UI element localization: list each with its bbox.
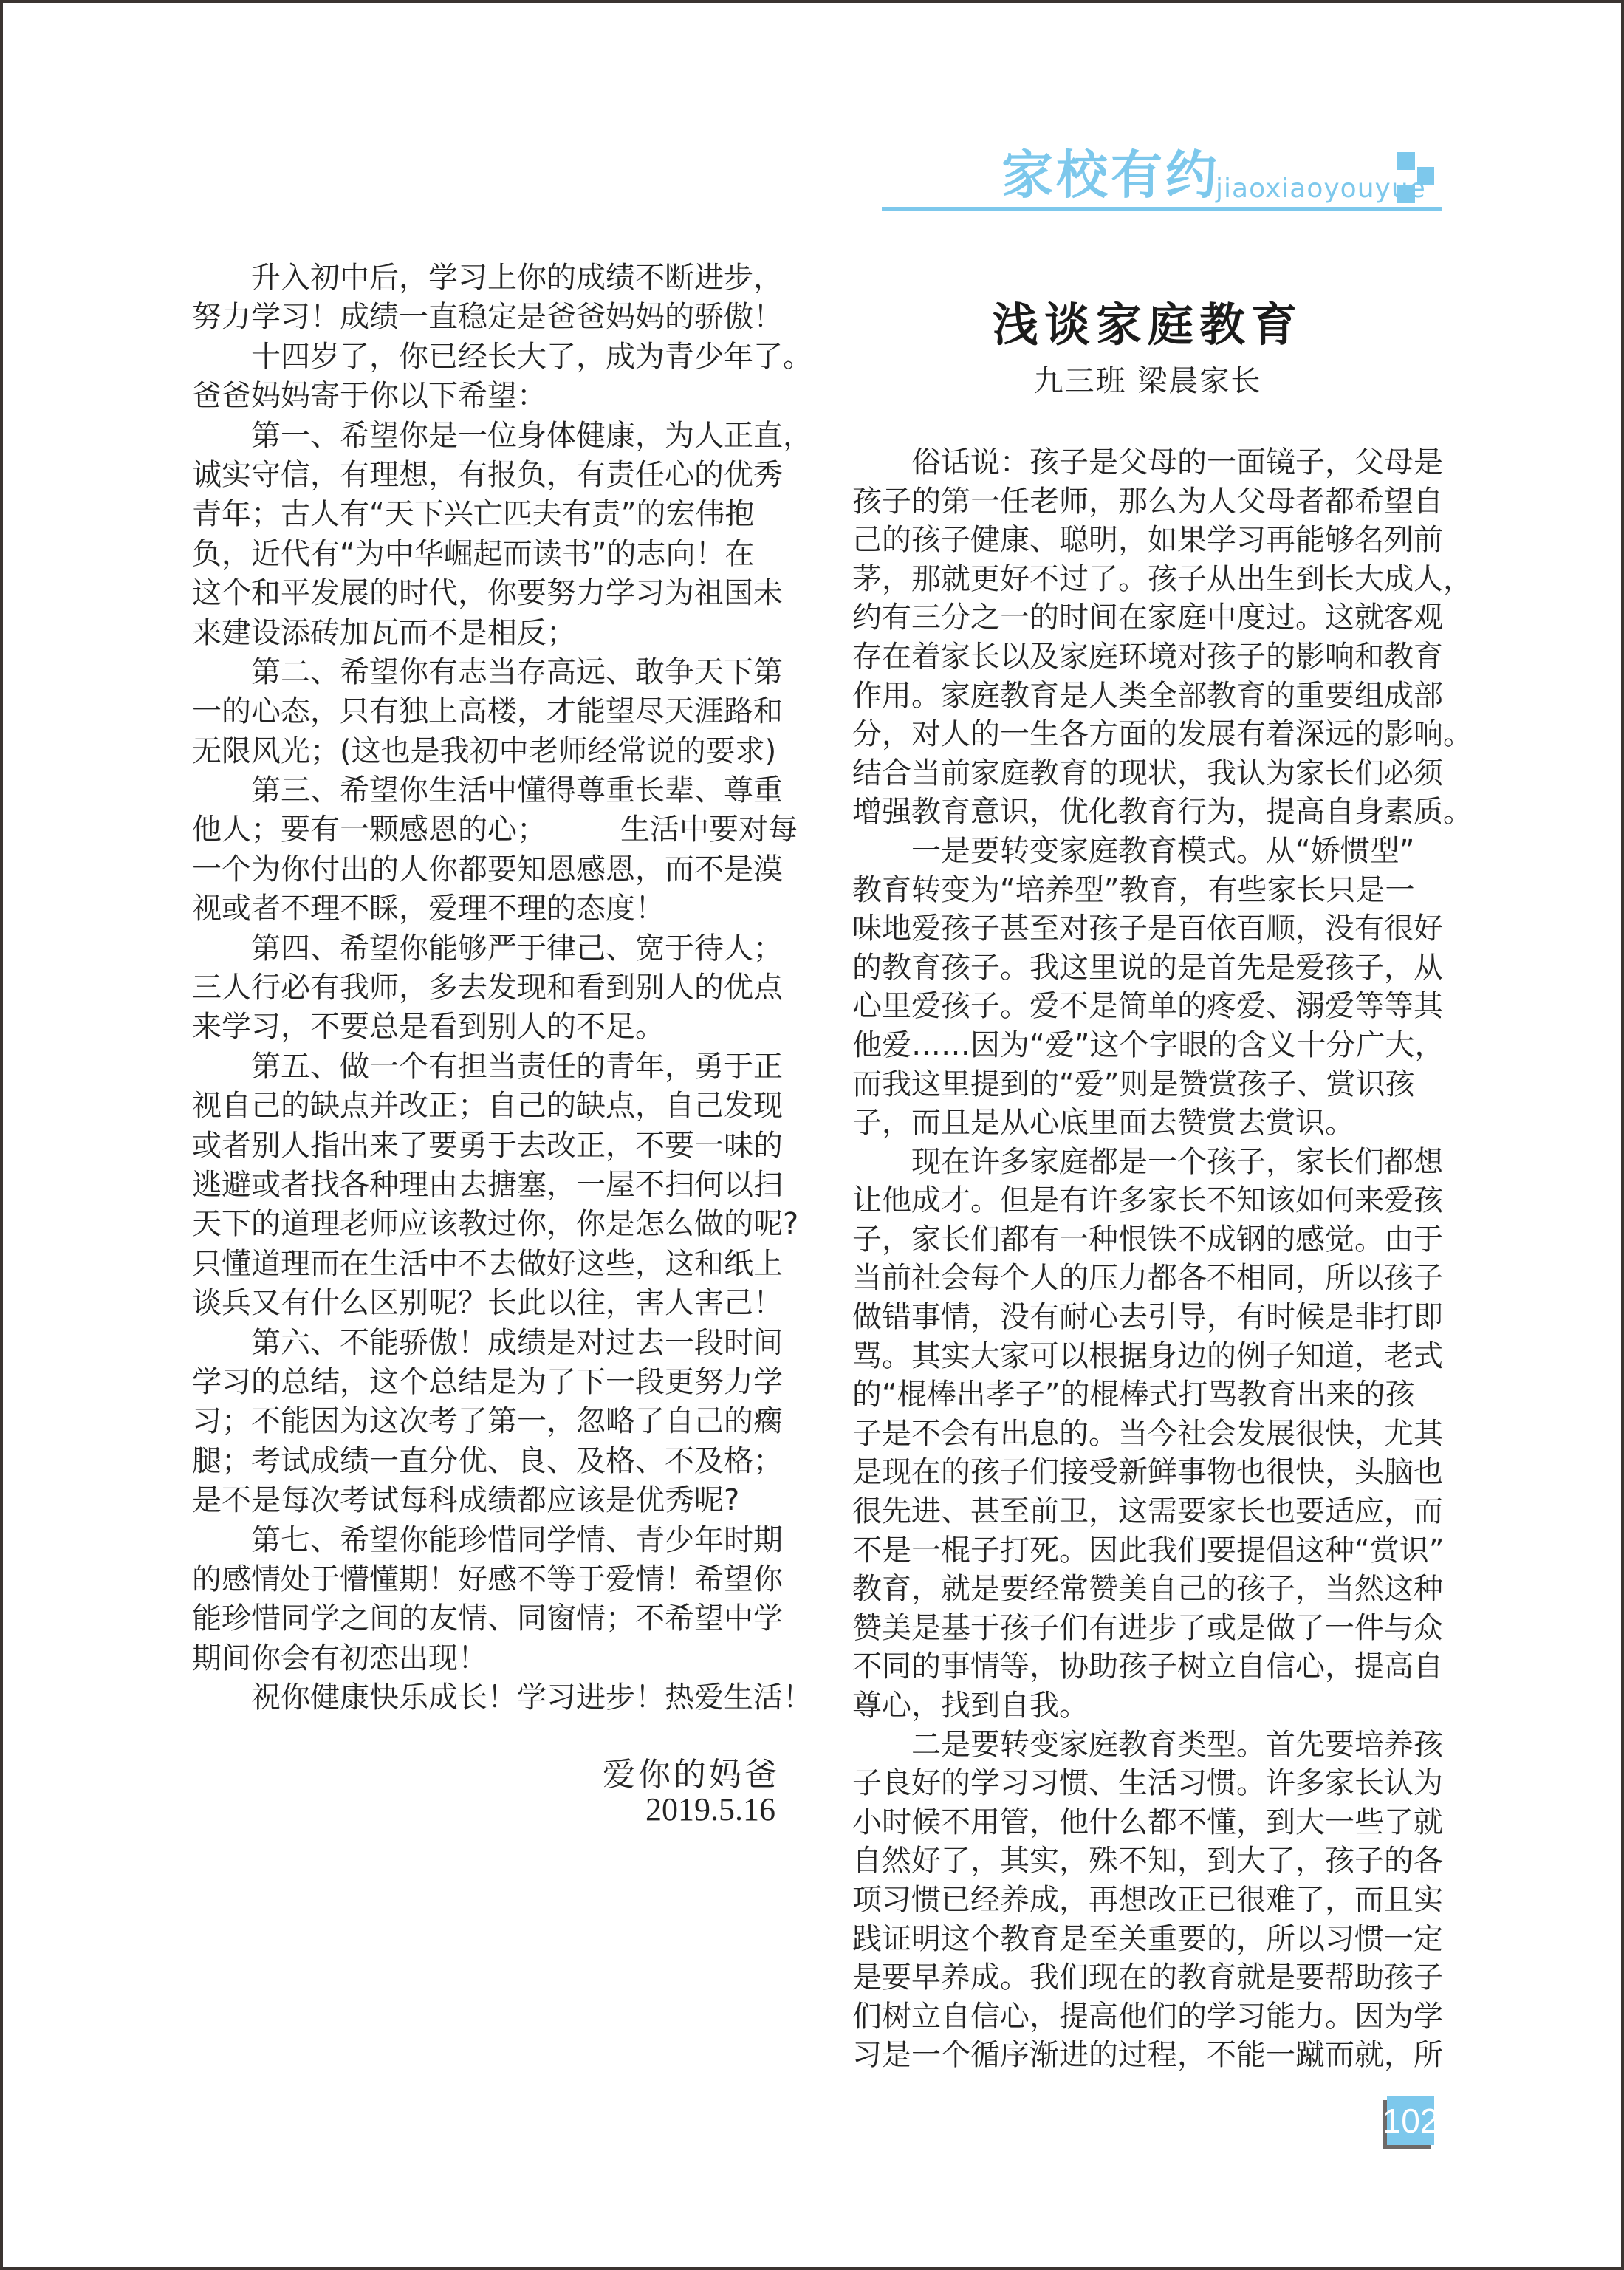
text-line: 小时候不用管，他什么都不懂，到大一些了就	[852, 1803, 1446, 1842]
text-line: 只懂道理而在生活中不去做好这些，这和纸上	[192, 1245, 786, 1284]
text-line: 结合当前家庭教育的现状，我认为家长们必须	[852, 754, 1446, 793]
text-line: 十四岁了，你已经长大了，成为青少年了。	[192, 338, 786, 377]
text-line: 味地爱孩子甚至对孩子是百依百顺，没有很好	[852, 909, 1446, 948]
text-line: 他爱……因为“爱”这个字眼的含义十分广大，	[852, 1026, 1446, 1065]
article-title: 浅谈家庭教育	[852, 288, 1443, 354]
text-line: 第一、希望你是一位身体健康，为人正直，	[192, 417, 786, 456]
text-line: 习；不能因为这次考了第一，忽略了自己的瘸	[192, 1402, 786, 1441]
text-line: 的“棍棒出孝子”的棍棒式打骂教育出来的孩	[852, 1375, 1446, 1415]
text-line: 或者别人指出来了要勇于去改正，不要一味的	[192, 1127, 786, 1166]
text-line: 是现在的孩子们接受新鲜事物也很快，头脑也	[852, 1453, 1446, 1492]
text-line: 第二、希望你有志当存高远、敢争天下第	[192, 653, 786, 692]
text-line: 三人行必有我师，多去发现和看到别人的优点	[192, 968, 786, 1008]
text-line: 第六、不能骄傲！成绩是对过去一段时间	[192, 1324, 786, 1363]
text-line: 不是一棍子打死。因此我们要提倡这种“赏识”	[852, 1531, 1446, 1570]
text-line: 能珍惜同学之间的友情、同窗情；不希望中学	[192, 1599, 786, 1638]
text-line: 项习惯已经养成，再想改正已很难了，而且实	[852, 1881, 1446, 1920]
text-line: 视或者不理不睬，爱理不理的态度！	[192, 889, 786, 929]
text-line: 习是一个循序渐进的过程，不能一蹴而就，所	[852, 2036, 1446, 2075]
header-rule	[882, 207, 1442, 211]
text-line: 来学习，不要总是看到别人的不足。	[192, 1008, 786, 1047]
text-line: 学习的总结，这个总结是为了下一段更努力学	[192, 1363, 786, 1402]
header-title-chinese: 家校有约	[1001, 149, 1220, 201]
text-line: 子是不会有出息的。当今社会发展很快，尤其	[852, 1415, 1446, 1454]
text-line: 是不是每次考试每科成绩都应该是优秀呢?	[192, 1481, 786, 1520]
text-line: 茅，那就更好不过了。孩子从出生到长大成人，	[852, 560, 1446, 599]
text-line: 赞美是基于孩子们有进步了或是做了一件与众	[852, 1609, 1446, 1648]
text-line: 践证明这个教育是至关重要的，所以习惯一定	[852, 1920, 1446, 1959]
text-line: 第七、希望你能珍惜同学情、青少年时期	[192, 1521, 786, 1560]
text-line: 很先进、甚至前卫，这需要家长也要适应，而	[852, 1492, 1446, 1531]
page-number: 102	[1383, 2104, 1439, 2138]
text-line: 诚实守信，有理想，有报负，有责任心的优秀	[192, 456, 786, 495]
text-line: 约有三分之一的时间在家庭中度过。这就客观	[852, 598, 1446, 637]
text-line: 爸爸妈妈寄于你以下希望：	[192, 377, 786, 416]
text-line: 祝你健康快乐成长！学习进步！热爱生活！	[192, 1678, 786, 1717]
text-line: 他人；要有一颗感恩的心； 生活中要对每	[192, 810, 786, 849]
text-line: 来建设添砖加瓦而不是相反；	[192, 614, 786, 653]
text-line: 教育，就是要经常赞美自己的孩子，当然这种	[852, 1570, 1446, 1609]
text-line: 努力学习！成绩一直稳定是爸爸妈妈的骄傲！	[192, 298, 786, 337]
page-number-badge: 102	[1387, 2096, 1434, 2145]
text-line: 们树立自信心，提高他们的学习能力。因为学	[852, 1997, 1446, 2037]
text-line: 二是要转变家庭教育类型。首先要培养孩	[852, 1726, 1446, 1765]
article-byline: 九三班 梁晨家长	[852, 358, 1443, 400]
text-line: 天下的道理老师应该教过你，你是怎么做的呢?	[192, 1205, 786, 1244]
text-line: 一是要转变家庭教育模式。从“娇惯型”	[852, 832, 1446, 871]
text-line: 现在许多家庭都是一个孩子，家长们都想	[852, 1143, 1446, 1182]
text-line: 第四、希望你能够严于律己、宽于待人；	[192, 929, 786, 968]
text-line: 心里爱孩子。爱不是简单的疼爱、溺爱等等其	[852, 987, 1446, 1026]
text-line: 俗话说：孩子是父母的一面镜子，父母是	[852, 443, 1446, 482]
magazine-page: 家校有约 jiaoxiaoyouyue 升入初中后，学习上你的成绩不断进步，努力…	[0, 0, 1624, 2270]
text-line: 孩子的第一任老师，那么为人父母者都希望自	[852, 482, 1446, 522]
text-line: 尊心，找到自我。	[852, 1686, 1446, 1726]
text-line: 子良好的学习习惯、生活习惯。许多家长认为	[852, 1764, 1446, 1803]
text-line: 子，家长们都有一种恨铁不成钢的感觉。由于	[852, 1220, 1446, 1259]
text-line: 升入初中后，学习上你的成绩不断进步，	[192, 259, 786, 298]
text-line: 期间你会有初恋出现！	[192, 1639, 786, 1678]
text-line: 骂。其实大家可以根据身边的例子知道，老式	[852, 1337, 1446, 1376]
text-line: 一的心态，只有独上高楼，才能望尽天涯路和	[192, 692, 786, 731]
text-line: 子，而且是从心底里面去赞赏去赏识。	[852, 1104, 1446, 1143]
stair-squares-icon	[1397, 152, 1434, 204]
text-line: 分，对人的一生各方面的发展有着深远的影响。	[852, 715, 1446, 754]
article-column: 俗话说：孩子是父母的一面镜子，父母是孩子的第一任老师，那么为人父母者都希望自己的…	[852, 443, 1446, 2075]
text-line: 青年；古人有“天下兴亡匹夫有责”的宏伟抱	[192, 495, 786, 534]
text-line: 而我这里提到的“爱”则是赞赏孩子、赏识孩	[852, 1065, 1446, 1104]
text-line: 己的孩子健康、聪明，如果学习再能够名列前	[852, 521, 1446, 560]
text-line: 教育转变为“培养型”教育，有些家长只是一	[852, 871, 1446, 910]
text-line: 增强教育意识，优化教育行为，提高自身素质。	[852, 793, 1446, 832]
text-line: 的感情处于懵懂期！好感不等于爱情！希望你	[192, 1560, 786, 1599]
letter-column: 升入初中后，学习上你的成绩不断进步，努力学习！成绩一直稳定是爸爸妈妈的骄傲！ 十…	[192, 259, 786, 1717]
text-line: 视自己的缺点并改正；自己的缺点，自己发现	[192, 1087, 786, 1126]
header-title-pinyin: jiaoxiaoyouyue	[1216, 176, 1426, 202]
letter-date: 2019.5.16	[192, 1791, 775, 1828]
text-line: 当前社会每个人的压力都各不相同，所以孩子	[852, 1259, 1446, 1298]
text-line: 逃避或者找各种理由去搪塞，一屋不扫何以扫	[192, 1166, 786, 1205]
text-line: 存在着家长以及家庭环境对孩子的影响和教育	[852, 637, 1446, 677]
text-line: 是要早养成。我们现在的教育就是要帮助孩子	[852, 1958, 1446, 1997]
text-line: 不同的事情等，协助孩子树立自信心，提高自	[852, 1647, 1446, 1686]
text-line: 做错事情，没有耐心去引导，有时候是非打即	[852, 1298, 1446, 1337]
text-line: 这个和平发展的时代，你要努力学习为祖国未	[192, 574, 786, 613]
text-line: 腿；考试成绩一直分优、良、及格、不及格；	[192, 1442, 786, 1481]
text-line: 第三、希望你生活中懂得尊重长辈、尊重	[192, 771, 786, 810]
text-line: 的教育孩子。我这里说的是首先是爱孩子，从	[852, 948, 1446, 988]
text-line: 第五、做一个有担当责任的青年，勇于正	[192, 1047, 786, 1087]
text-line: 自然好了，其实，殊不知，到大了，孩子的各	[852, 1842, 1446, 1881]
text-line: 谈兵又有什么区别呢？长此以往，害人害己！	[192, 1284, 786, 1323]
text-line: 让他成才。但是有许多家长不知该如何来爱孩	[852, 1181, 1446, 1220]
text-line: 一个为你付出的人你都要知恩感恩，而不是漠	[192, 850, 786, 889]
text-line: 无限风光；(这也是我初中老师经常说的要求)	[192, 732, 786, 771]
letter-signature: 爱你的妈爸	[192, 1748, 780, 1795]
text-line: 负，近代有“为中华崛起而读书”的志向！在	[192, 535, 786, 574]
text-line: 作用。家庭教育是人类全部教育的重要组成部	[852, 677, 1446, 716]
